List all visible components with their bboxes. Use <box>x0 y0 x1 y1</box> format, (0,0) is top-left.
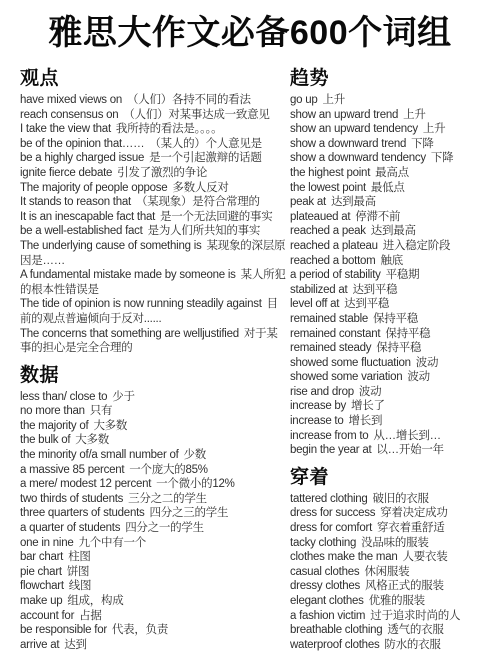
phrase-item: The underlying cause of something is 某现象… <box>20 239 290 268</box>
phrase-item: rise and drop 波动 <box>290 385 494 400</box>
phrase-chinese: 透气的衣服 <box>387 624 443 636</box>
phrase-chinese: 四分之一的学生 <box>125 522 204 534</box>
phrase-english: a massive 85 percent <box>20 464 124 476</box>
phrase-chinese: 组成，构成 <box>67 595 123 607</box>
phrase-chinese: 线图 <box>69 580 92 592</box>
phrase-chinese: 保持平稳 <box>385 328 430 340</box>
phrase-english: go up <box>290 94 318 106</box>
phrase-english: I take the view that <box>20 123 111 135</box>
phrase-item: a fashion victim 过于追求时尚的人 <box>290 609 494 624</box>
phrase-chinese: 触底 <box>380 255 403 267</box>
phrase-english: The concerns that something are welljust… <box>20 328 239 340</box>
phrase-chinese: 平稳期 <box>386 269 420 281</box>
phrase-english: pie chart <box>20 566 62 578</box>
phrase-item: three quarters of students 四分之三的学生 <box>20 506 290 521</box>
phrase-chinese: 防水的衣服 <box>384 639 440 651</box>
phrase-english: no more than <box>20 405 85 417</box>
phrase-english: have mixed views on <box>20 94 122 106</box>
page-title: 雅思大作文必备600个词组 <box>0 0 500 53</box>
phrase-english: showed some fluctuation <box>290 357 411 369</box>
phrase-english: account for <box>20 610 74 622</box>
phrase-chinese: 下降 <box>411 138 434 150</box>
phrase-item: one in nine 九个中有一个 <box>20 536 290 551</box>
phrase-english: dress for comfort <box>290 522 372 534</box>
phrase-item: arrive at 达到 <box>20 638 290 653</box>
phrase-english: clothes make the man <box>290 551 398 563</box>
section-heading-trends: 趋势 <box>290 68 494 90</box>
phrase-item: show an upward trend 上升 <box>290 108 494 123</box>
phrase-item: remained steady 保持平稳 <box>290 341 494 356</box>
phrase-english: A fundamental mistake made by someone is <box>20 269 236 281</box>
phrase-chinese: 最低点 <box>371 182 405 194</box>
phrase-english: flowchart <box>20 580 64 592</box>
phrase-english: waterproof clothes <box>290 639 379 651</box>
phrase-chinese: 柱图 <box>68 551 91 563</box>
phrase-item: stabilized at 达到平稳 <box>290 283 494 298</box>
phrase-chinese: 过于追求时尚的人 <box>370 610 460 622</box>
content-columns: 观点have mixed views on （人们）各持不同的看法reach c… <box>0 68 500 652</box>
phrase-english: reached a peak <box>290 225 366 237</box>
phrase-item: It stands to reason that （某现象）是符合常理的 <box>20 195 290 210</box>
phrase-item: be responsible for 代表，负责 <box>20 623 290 638</box>
phrase-item: showed some fluctuation 波动 <box>290 356 494 371</box>
phrase-chinese: 波动 <box>407 371 430 383</box>
phrase-english: be a well-established fact <box>20 225 143 237</box>
phrase-chinese: 一个微小的12% <box>156 478 235 490</box>
phrase-item: increase to 增长到 <box>290 414 494 429</box>
phrase-chinese: （人们）对某事达成一致意见 <box>123 109 269 121</box>
phrase-english: be of the opinion that…… <box>20 138 144 150</box>
phrase-english: elegant clothes <box>290 595 364 607</box>
phrase-chinese: 少数 <box>184 449 207 461</box>
phrase-chinese: 占据 <box>79 610 102 622</box>
phrase-chinese: 我所持的看法是。。。。 <box>116 123 223 135</box>
phrase-english: less than/ close to <box>20 391 107 403</box>
phrase-chinese: 饼图 <box>67 566 90 578</box>
phrase-chinese: 达到最高 <box>371 225 416 237</box>
phrase-english: bar chart <box>20 551 63 563</box>
phrase-item: show a downward trend 下降 <box>290 137 494 152</box>
phrase-item: pie chart 饼图 <box>20 565 290 580</box>
phrase-chinese: 从…增长到… <box>373 430 441 442</box>
phrase-item: breathable clothing 透气的衣服 <box>290 623 494 638</box>
phrase-english: showed some variation <box>290 371 402 383</box>
phrase-item: increase from to 从…增长到… <box>290 429 494 444</box>
phrase-chinese: 波动 <box>359 386 382 398</box>
phrase-english: increase to <box>290 415 344 427</box>
phrase-chinese: 多数人反对 <box>172 182 228 194</box>
phrase-english: ignite fierce debate <box>20 167 112 179</box>
phrase-english: peak at <box>290 196 326 208</box>
phrase-english: show an upward trend <box>290 109 398 121</box>
phrase-chinese: 风格正式的服装 <box>365 580 444 592</box>
phrase-english: a fashion victim <box>290 610 365 622</box>
phrase-english: a period of stability <box>290 269 381 281</box>
phrase-chinese: （某人的）个人意见是 <box>149 138 262 150</box>
phrase-chinese: 优雅的服装 <box>369 595 425 607</box>
phrase-english: dress for success <box>290 507 375 519</box>
phrase-item: the bulk of 大多数 <box>20 433 290 448</box>
phrase-item: clothes make the man 人要衣装 <box>290 550 494 565</box>
section-heading-viewpoints: 观点 <box>20 68 290 90</box>
phrase-chinese: 大多数 <box>75 434 109 446</box>
phrase-chinese: 引发了激烈的争论 <box>117 167 207 179</box>
document-page: 雅思大作文必备600个词组 观点have mixed views on （人们）… <box>0 0 500 667</box>
phrase-english: a mere/ modest 12 percent <box>20 478 151 490</box>
phrase-english: begin the year at <box>290 444 371 456</box>
phrase-english: three quarters of students <box>20 507 145 519</box>
phrase-english: increase by <box>290 400 346 412</box>
phrase-chinese: 保持平稳 <box>373 313 418 325</box>
phrase-item: a quarter of students 四分之一的学生 <box>20 521 290 536</box>
phrase-english: dressy clothes <box>290 580 360 592</box>
phrase-item: the minority of/a small number of 少数 <box>20 448 290 463</box>
phrase-english: one in nine <box>20 537 74 549</box>
phrase-english: stabilized at <box>290 284 347 296</box>
phrase-chinese: 达到平稳 <box>352 284 397 296</box>
phrase-item: reached a peak 达到最高 <box>290 224 494 239</box>
phrase-item: level off at 达到平稳 <box>290 297 494 312</box>
phrase-item: the lowest point 最低点 <box>290 181 494 196</box>
phrase-item: be of the opinion that…… （某人的）个人意见是 <box>20 137 290 152</box>
phrase-item: have mixed views on （人们）各持不同的看法 <box>20 93 290 108</box>
phrase-english: reached a plateau <box>290 240 378 252</box>
phrase-item: less than/ close to 少于 <box>20 390 290 405</box>
phrase-item: increase by 增长了 <box>290 399 494 414</box>
phrase-item: dress for comfort 穿衣着重舒适 <box>290 521 494 536</box>
phrase-item: tacky clothing 没品味的服装 <box>290 536 494 551</box>
phrase-item: two thirds of students 三分之二的学生 <box>20 492 290 507</box>
phrase-chinese: 穿着决定成功 <box>380 507 448 519</box>
phrase-item: the majority of 大多数 <box>20 419 290 434</box>
phrase-item: elegant clothes 优雅的服装 <box>290 594 494 609</box>
phrase-chinese: 上升 <box>403 109 426 121</box>
phrase-english: casual clothes <box>290 566 359 578</box>
phrase-chinese: 没品味的服装 <box>361 537 429 549</box>
phrase-english: the minority of/a small number of <box>20 449 179 461</box>
phrase-item: show a downward tendency 下降 <box>290 151 494 166</box>
phrase-chinese: 一个庞大的85% <box>129 464 208 476</box>
phrase-english: rise and drop <box>290 386 354 398</box>
phrase-item: ignite fierce debate 引发了激烈的争论 <box>20 166 290 181</box>
phrase-item: no more than 只有 <box>20 404 290 419</box>
phrase-chinese: （人们）各持不同的看法 <box>127 94 251 106</box>
phrase-english: be responsible for <box>20 624 107 636</box>
phrase-chinese: 九个中有一个 <box>78 537 146 549</box>
phrase-english: the highest point <box>290 167 370 179</box>
phrase-item: waterproof clothes 防水的衣服 <box>290 638 494 653</box>
phrase-english: It stands to reason that <box>20 196 131 208</box>
phrase-chinese: 停滞不前 <box>355 211 400 223</box>
phrase-chinese: 达到最高 <box>331 196 376 208</box>
phrase-chinese: 达到平稳 <box>344 298 389 310</box>
phrase-chinese: 增长到 <box>348 415 382 427</box>
phrase-item: a mere/ modest 12 percent 一个微小的12% <box>20 477 290 492</box>
phrase-english: remained stable <box>290 313 368 325</box>
phrase-english: increase from to <box>290 430 368 442</box>
phrase-item: The majority of people oppose 多数人反对 <box>20 181 290 196</box>
phrase-english: two thirds of students <box>20 493 123 505</box>
phrase-english: show a downward trend <box>290 138 406 150</box>
phrase-item: account for 占据 <box>20 609 290 624</box>
phrase-english: reach consensus on <box>20 109 118 121</box>
section-heading-data: 数据 <box>20 365 290 387</box>
phrase-chinese: 上升 <box>423 123 446 135</box>
phrase-chinese: 只有 <box>90 405 113 417</box>
phrase-item: tattered clothing 破旧的衣服 <box>290 492 494 507</box>
phrase-chinese: 达到 <box>64 639 87 651</box>
phrase-chinese: 少于 <box>112 391 135 403</box>
phrase-chinese: 休闲服装 <box>364 566 409 578</box>
phrase-english: tattered clothing <box>290 493 368 505</box>
phrase-item: casual clothes 休闲服装 <box>290 565 494 580</box>
column-left: 观点have mixed views on （人们）各持不同的看法reach c… <box>20 68 290 652</box>
phrase-english: be a highly charged issue <box>20 152 144 164</box>
phrase-english: show a downward tendency <box>290 152 426 164</box>
phrase-item: make up 组成，构成 <box>20 594 290 609</box>
phrase-item: It is an inescapable fact that 是一个无法回避的事… <box>20 210 290 225</box>
phrase-item: The tide of opinion is now running stead… <box>20 297 290 326</box>
phrase-english: a quarter of students <box>20 522 120 534</box>
phrase-item: be a well-established fact 是为人们所共知的事实 <box>20 224 290 239</box>
phrase-item: reached a plateau 进入稳定阶段 <box>290 239 494 254</box>
phrase-english: The underlying cause of something is <box>20 240 202 252</box>
phrase-english: tacky clothing <box>290 537 356 549</box>
phrase-item: I take the view that 我所持的看法是。。。。 <box>20 122 290 137</box>
phrase-item: flowchart 线图 <box>20 579 290 594</box>
phrase-chinese: 人要衣装 <box>402 551 447 563</box>
phrase-chinese: （某现象）是符合常理的 <box>136 196 260 208</box>
phrase-chinese: 穿衣着重舒适 <box>377 522 445 534</box>
phrase-english: the majority of <box>20 420 88 432</box>
phrase-english: reached a bottom <box>290 255 376 267</box>
phrase-english: breathable clothing <box>290 624 382 636</box>
phrase-item: be a highly charged issue 是一个引起激辩的话题 <box>20 151 290 166</box>
phrase-item: remained stable 保持平稳 <box>290 312 494 327</box>
phrase-english: remained constant <box>290 328 380 340</box>
phrase-chinese: 大多数 <box>93 420 127 432</box>
phrase-english: arrive at <box>20 639 59 651</box>
phrase-english: the lowest point <box>290 182 366 194</box>
phrase-chinese: 波动 <box>416 357 439 369</box>
phrase-chinese: 四分之三的学生 <box>150 507 229 519</box>
phrase-item: dress for success 穿着决定成功 <box>290 506 494 521</box>
phrase-english: The tide of opinion is now running stead… <box>20 298 262 310</box>
phrase-item: reach consensus on （人们）对某事达成一致意见 <box>20 108 290 123</box>
phrase-english: level off at <box>290 298 339 310</box>
phrase-chinese: 上升 <box>322 94 345 106</box>
phrase-chinese: 保持平稳 <box>376 342 421 354</box>
phrase-english: the bulk of <box>20 434 70 446</box>
column-right: 趋势go up 上升show an upward trend 上升show an… <box>290 68 500 652</box>
phrase-chinese: 三分之二的学生 <box>128 493 207 505</box>
phrase-chinese: 最高点 <box>375 167 409 179</box>
phrase-chinese: 破旧的衣服 <box>373 493 429 505</box>
phrase-english: remained steady <box>290 342 371 354</box>
section-heading-clothing: 穿着 <box>290 467 494 489</box>
phrase-item: show an upward tendency 上升 <box>290 122 494 137</box>
phrase-chinese: 是为人们所共知的事实 <box>148 225 261 237</box>
phrase-chinese: 代表，负责 <box>112 624 168 636</box>
phrase-english: make up <box>20 595 62 607</box>
phrase-item: A fundamental mistake made by someone is… <box>20 268 290 297</box>
phrase-chinese: 是一个无法回避的事实 <box>160 211 273 223</box>
phrase-english: plateaued at <box>290 211 350 223</box>
phrase-english: It is an inescapable fact that <box>20 211 155 223</box>
phrase-english: The majority of people oppose <box>20 182 167 194</box>
phrase-item: peak at 达到最高 <box>290 195 494 210</box>
phrase-item: dressy clothes 风格正式的服装 <box>290 579 494 594</box>
phrase-english: show an upward tendency <box>290 123 418 135</box>
phrase-chinese: 增长了 <box>351 400 385 412</box>
phrase-item: the highest point 最高点 <box>290 166 494 181</box>
phrase-item: reached a bottom 触底 <box>290 254 494 269</box>
phrase-item: remained constant 保持平稳 <box>290 327 494 342</box>
phrase-chinese: 以…开始一年 <box>376 444 444 456</box>
phrase-item: begin the year at 以…开始一年 <box>290 443 494 458</box>
phrase-item: plateaued at 停滞不前 <box>290 210 494 225</box>
phrase-item: The concerns that something are welljust… <box>20 327 290 356</box>
phrase-chinese: 是一个引起激辩的话题 <box>149 152 262 164</box>
phrase-chinese: 下降 <box>431 152 454 164</box>
phrase-chinese: 进入稳定阶段 <box>383 240 451 252</box>
phrase-item: a massive 85 percent 一个庞大的85% <box>20 463 290 478</box>
phrase-item: a period of stability 平稳期 <box>290 268 494 283</box>
phrase-item: showed some variation 波动 <box>290 370 494 385</box>
phrase-item: bar chart 柱图 <box>20 550 290 565</box>
phrase-item: go up 上升 <box>290 93 494 108</box>
